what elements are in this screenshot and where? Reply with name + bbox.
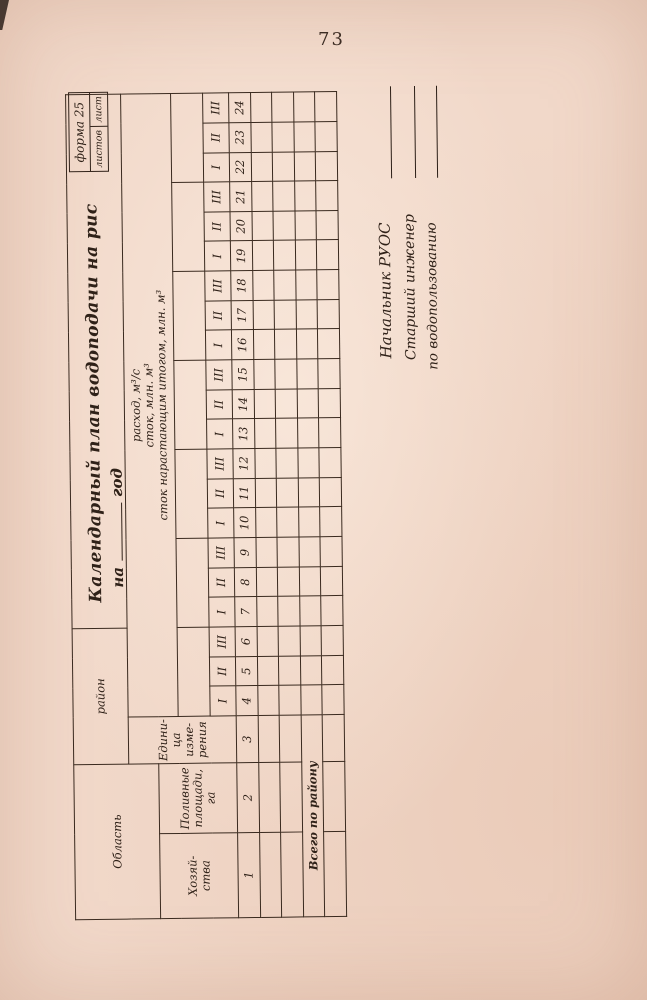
empty-grid-cell	[253, 330, 274, 360]
empty-grid-cell	[277, 567, 299, 597]
column-number-cell: 20	[230, 211, 252, 241]
column-number-cell: 22	[229, 152, 251, 182]
decade-label-cell: II	[209, 656, 235, 686]
month-cell	[175, 449, 208, 538]
column-number-cell: 11	[233, 478, 255, 508]
empty-grid-cell	[299, 537, 320, 567]
empty-grid-cell	[296, 300, 317, 330]
signature-title-engineer: Старший инженер	[402, 214, 420, 360]
empty-grid-cell	[255, 448, 276, 478]
empty-grid-cell	[321, 596, 343, 626]
empty-grid-cell	[317, 270, 339, 300]
empty-grid-cell	[318, 388, 340, 418]
water-supply-plan-table: Область район Едини- ца изме- рения расх…	[65, 91, 347, 920]
empty-grid-cell	[252, 211, 273, 241]
empty-grid-cell	[252, 241, 273, 271]
region-row: Область район	[66, 94, 131, 920]
column-number-cell: 8	[234, 567, 256, 597]
empty-grid-cell	[321, 655, 343, 685]
decade-label-cell: II	[204, 212, 230, 242]
empty-grid-cell	[279, 685, 301, 715]
month-cell	[176, 538, 209, 627]
empty-grid-cell	[318, 359, 340, 389]
empty-grid-cell	[275, 389, 297, 419]
empty-grid-cell	[251, 122, 272, 152]
month-cell	[174, 360, 207, 449]
empty-grid-cell	[253, 270, 274, 300]
column-number-cell: 4	[236, 686, 258, 716]
empty-grid-cell	[258, 715, 280, 762]
column-number-cell: 9	[234, 538, 256, 568]
column-number-cell: 2	[237, 762, 260, 832]
empty-grid-cell	[277, 507, 299, 537]
empty-grid-cell	[256, 537, 277, 567]
column-number-cell: 19	[230, 241, 252, 271]
empty-grid-cell	[320, 566, 342, 596]
scan-corner-mark	[0, 0, 9, 30]
column-number-cell: 18	[231, 271, 253, 301]
empty-grid-cell	[315, 92, 337, 122]
decade-label-cell: III	[204, 182, 230, 212]
rotated-form: Календарный план водоподачи на рис нагод…	[50, 76, 460, 921]
signature-line-engineer	[414, 86, 416, 178]
signature-line-engineer-cont	[436, 86, 438, 178]
empty-grid-cell	[254, 389, 275, 419]
empty-grid-cell	[275, 359, 297, 389]
empty-grid-cell	[257, 597, 278, 627]
column-number-cell: 10	[234, 508, 256, 538]
column-number-cell: 23	[229, 122, 251, 152]
column-number-cell: 3	[236, 715, 259, 762]
empty-grid-cell	[251, 152, 272, 182]
empty-grid-cell	[298, 477, 319, 507]
empty-grid-cell	[297, 359, 318, 389]
empty-grid-cell	[272, 92, 294, 122]
empty-grid-cell	[251, 92, 272, 122]
month-cell	[173, 271, 206, 360]
empty-grid-cell	[316, 181, 338, 211]
empty-grid-cell	[276, 478, 298, 508]
decade-label-cell: I	[207, 419, 233, 449]
measures-header-cell: расход, м³/с сток, млн. м³ сток нарастаю…	[121, 94, 179, 718]
empty-grid-cell	[298, 418, 319, 448]
empty-grid-cell	[297, 388, 318, 418]
column-number-cell: 15	[232, 360, 254, 390]
empty-grid-cell	[300, 626, 321, 656]
empty-grid-cell	[295, 240, 316, 270]
empty-grid-cell	[257, 656, 278, 686]
column-number-cell: 16	[231, 330, 253, 360]
empty-grid-cell	[256, 567, 277, 597]
empty-grid-cell	[294, 92, 315, 122]
empty-grid-cell	[319, 448, 341, 478]
empty-grid-cell	[315, 121, 337, 151]
decade-label-cell: I	[205, 330, 231, 360]
decade-label-cell: III	[206, 360, 232, 390]
empty-grid-cell	[281, 832, 304, 917]
empty-grid-cell	[274, 270, 296, 300]
decade-label-cell: I	[210, 686, 236, 716]
empty-grid-cell	[279, 715, 302, 762]
empty-grid-cell	[277, 537, 299, 567]
empty-grid-cell	[252, 181, 273, 211]
empty-grid-cell	[301, 685, 322, 715]
page-number: 73	[318, 29, 345, 50]
decade-label-cell: I	[204, 241, 230, 271]
empty-grid-cell	[278, 626, 300, 656]
decade-label-cell: II	[208, 567, 234, 597]
decade-label-cell: III	[209, 627, 235, 657]
empty-grid-cell	[274, 329, 296, 359]
empty-grid-cell	[299, 566, 320, 596]
unit-column-header: Едини- ца изме- рения	[128, 716, 237, 764]
empty-grid-cell	[273, 240, 295, 270]
oblast-field-cell: Область	[74, 764, 161, 920]
empty-grid-cell	[259, 762, 281, 832]
empty-grid-cell	[273, 181, 295, 211]
empty-grid-cell	[278, 656, 300, 686]
area-column-header: Поливные площади, га	[159, 763, 238, 834]
empty-grid-cell	[296, 270, 317, 300]
empty-grid-cell	[299, 507, 320, 537]
column-number-cell: 21	[230, 182, 252, 212]
empty-grid-cell	[273, 211, 295, 241]
month-cell	[177, 627, 210, 716]
empty-grid-cell	[319, 477, 341, 507]
decade-label-cell: III	[203, 93, 229, 123]
empty-grid-cell	[320, 507, 342, 537]
decade-label-cell: II	[205, 301, 231, 331]
empty-grid-cell	[300, 596, 321, 626]
empty-grid-cell	[272, 152, 294, 182]
decade-label-cell: III	[207, 449, 233, 479]
signature-title-engineer-cont: по водопользованию	[424, 222, 442, 370]
decade-label-cell: II	[207, 478, 233, 508]
empty-grid-cell	[272, 122, 294, 152]
column-number-cell: 14	[232, 389, 254, 419]
empty-grid-cell	[322, 714, 345, 761]
empty-grid-cell	[276, 418, 298, 448]
empty-grid-cell	[319, 418, 341, 448]
empty-grid-cell	[255, 419, 276, 449]
empty-grid-cell	[280, 762, 303, 832]
empty-grid-cell	[253, 300, 274, 330]
empty-grid-cell	[258, 686, 279, 716]
empty-grid-cell	[295, 181, 316, 211]
decade-label-cell: I	[209, 597, 235, 627]
empty-grid-cell	[257, 626, 278, 656]
column-number-cell: 5	[235, 656, 257, 686]
decade-label-cell: I	[208, 508, 234, 538]
column-number-cell: 13	[233, 419, 255, 449]
empty-grid-cell	[260, 832, 282, 917]
empty-grid-cell	[317, 299, 339, 329]
empty-grid-cell	[254, 359, 275, 389]
district-total-label: Всего по району	[301, 715, 324, 917]
empty-grid-cell	[294, 122, 315, 152]
empty-grid-cell	[300, 655, 321, 685]
empty-grid-cell	[322, 685, 344, 715]
empty-grid-cell	[321, 625, 343, 655]
decade-label-cell: III	[208, 538, 234, 568]
decade-label-cell: III	[205, 271, 231, 301]
signature-line-chief	[390, 86, 392, 178]
month-cell	[172, 182, 205, 271]
empty-grid-cell	[323, 761, 346, 831]
column-number-cell: 24	[229, 93, 251, 123]
empty-grid-cell	[255, 478, 276, 508]
empty-grid-cell	[276, 448, 298, 478]
empty-grid-cell	[316, 240, 338, 270]
column-number-cell: 1	[238, 832, 261, 917]
scanned-page: { "page": { "number": "73" }, "stamp": {…	[0, 0, 647, 1000]
empty-grid-cell	[295, 211, 316, 241]
decade-label-cell: II	[206, 390, 232, 420]
empty-grid-cell	[324, 831, 347, 916]
farms-column-header: Хозяй- ства	[160, 833, 239, 919]
empty-grid-cell	[294, 151, 315, 181]
column-number-cell: 6	[235, 626, 257, 656]
empty-grid-cell	[316, 210, 338, 240]
empty-grid-cell	[315, 151, 337, 181]
decade-label-cell: I	[203, 152, 229, 182]
rayon-field-cell: район	[72, 628, 129, 765]
empty-grid-cell	[278, 596, 300, 626]
month-cell	[171, 93, 204, 183]
empty-grid-cell	[296, 329, 317, 359]
empty-grid-cell	[298, 448, 319, 478]
column-number-cell: 7	[235, 597, 257, 627]
title-open-area	[66, 94, 128, 629]
decade-label-cell: II	[203, 123, 229, 153]
column-number-cell: 12	[233, 449, 255, 479]
empty-grid-cell	[256, 508, 277, 538]
empty-grid-cell	[320, 536, 342, 566]
empty-grid-cell	[274, 300, 296, 330]
column-number-cell: 17	[231, 300, 253, 330]
empty-grid-cell	[317, 329, 339, 359]
signature-title-chief: Начальник РУОС	[376, 222, 396, 358]
